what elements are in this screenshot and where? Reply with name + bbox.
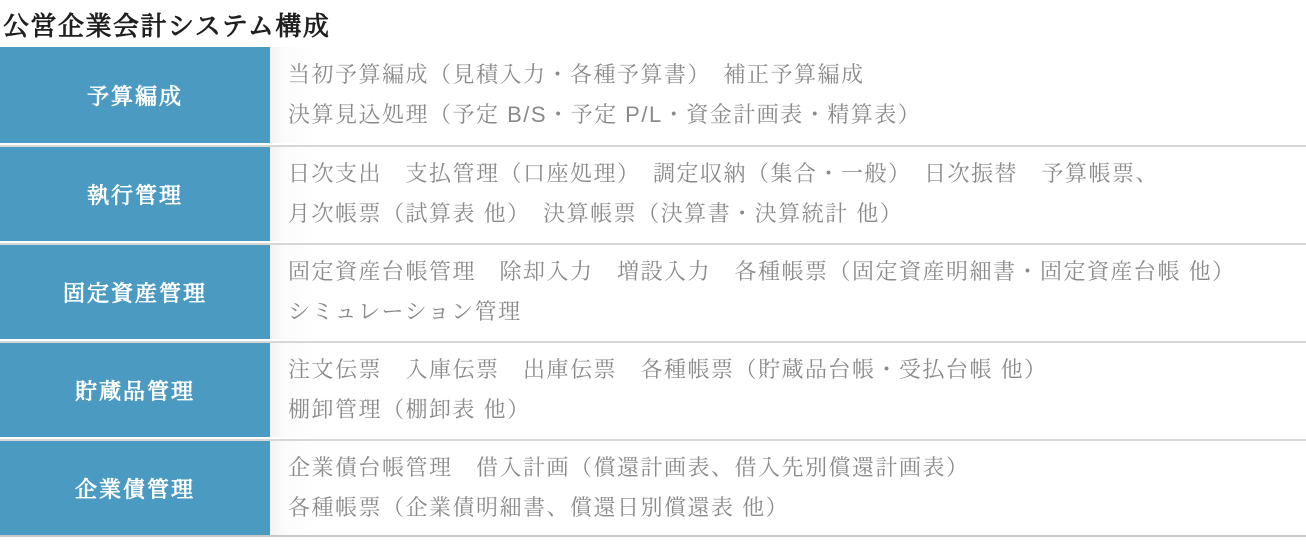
row-content-line-1: 当初予算編成（見積入力・各種予算書） 補正予算編成 xyxy=(288,55,1306,95)
row-content-cell: 企業債台帳管理 借入計画（償還計画表、借入先別償還計画表） 各種帳票（企業債明細… xyxy=(270,441,1306,535)
row-content-line-2: 各種帳票（企業債明細書、償還日別償還表 他） xyxy=(288,488,1306,528)
row-label-cell: 執行管理 xyxy=(0,147,270,241)
page: 公営企業会計システム構成 予算編成 当初予算編成（見積入力・各種予算書） 補正予… xyxy=(0,0,1306,546)
row-content-line-1: 固定資産台帳管理 除却入力 増設入力 各種帳票（固定資産明細書・固定資産台帳 他… xyxy=(288,252,1306,292)
row-content-line-2: シミュレーション管理 xyxy=(288,292,1306,332)
row-content-line-1: 注文伝票 入庫伝票 出庫伝票 各種帳票（貯蔵品台帳・受払台帳 他） xyxy=(288,350,1306,390)
row-content-line-2: 決算見込処理（予定 B/S・予定 P/L・資金計画表・精算表） xyxy=(288,95,1306,135)
system-structure-table: 予算編成 当初予算編成（見積入力・各種予算書） 補正予算編成 決算見込処理（予定… xyxy=(0,47,1306,537)
row-content-cell: 日次支出 支払管理（口座処理） 調定収納（集合・一般） 日次振替 予算帳票、 月… xyxy=(270,147,1306,241)
table-row: 固定資産管理 固定資産台帳管理 除却入力 増設入力 各種帳票（固定資産明細書・固… xyxy=(0,243,1306,339)
row-label: 予算編成 xyxy=(87,80,183,111)
row-label: 固定資産管理 xyxy=(63,277,207,308)
row-label-cell: 企業債管理 xyxy=(0,441,270,535)
table-row: 企業債管理 企業債台帳管理 借入計画（償還計画表、借入先別償還計画表） 各種帳票… xyxy=(0,439,1306,535)
page-title: 公営企業会計システム構成 xyxy=(0,0,1306,47)
row-label-cell: 貯蔵品管理 xyxy=(0,343,270,437)
table-row: 貯蔵品管理 注文伝票 入庫伝票 出庫伝票 各種帳票（貯蔵品台帳・受払台帳 他） … xyxy=(0,341,1306,437)
row-content-line-2: 月次帳票（試算表 他） 決算帳票（決算書・決算統計 他） xyxy=(288,194,1306,234)
row-label-cell: 予算編成 xyxy=(0,47,270,143)
table-row: 執行管理 日次支出 支払管理（口座処理） 調定収納（集合・一般） 日次振替 予算… xyxy=(0,145,1306,241)
row-content-line-2: 棚卸管理（棚卸表 他） xyxy=(288,390,1306,430)
row-content-cell: 注文伝票 入庫伝票 出庫伝票 各種帳票（貯蔵品台帳・受払台帳 他） 棚卸管理（棚… xyxy=(270,343,1306,437)
row-content-line-1: 企業債台帳管理 借入計画（償還計画表、借入先別償還計画表） xyxy=(288,448,1306,488)
row-label-cell: 固定資産管理 xyxy=(0,245,270,339)
row-content-cell: 固定資産台帳管理 除却入力 増設入力 各種帳票（固定資産明細書・固定資産台帳 他… xyxy=(270,245,1306,339)
row-label: 企業債管理 xyxy=(75,473,195,504)
row-label: 執行管理 xyxy=(87,179,183,210)
row-content-line-1: 日次支出 支払管理（口座処理） 調定収納（集合・一般） 日次振替 予算帳票、 xyxy=(288,154,1306,194)
row-label: 貯蔵品管理 xyxy=(75,375,195,406)
row-content-cell: 当初予算編成（見積入力・各種予算書） 補正予算編成 決算見込処理（予定 B/S・… xyxy=(270,47,1306,143)
table-row: 予算編成 当初予算編成（見積入力・各種予算書） 補正予算編成 決算見込処理（予定… xyxy=(0,47,1306,143)
